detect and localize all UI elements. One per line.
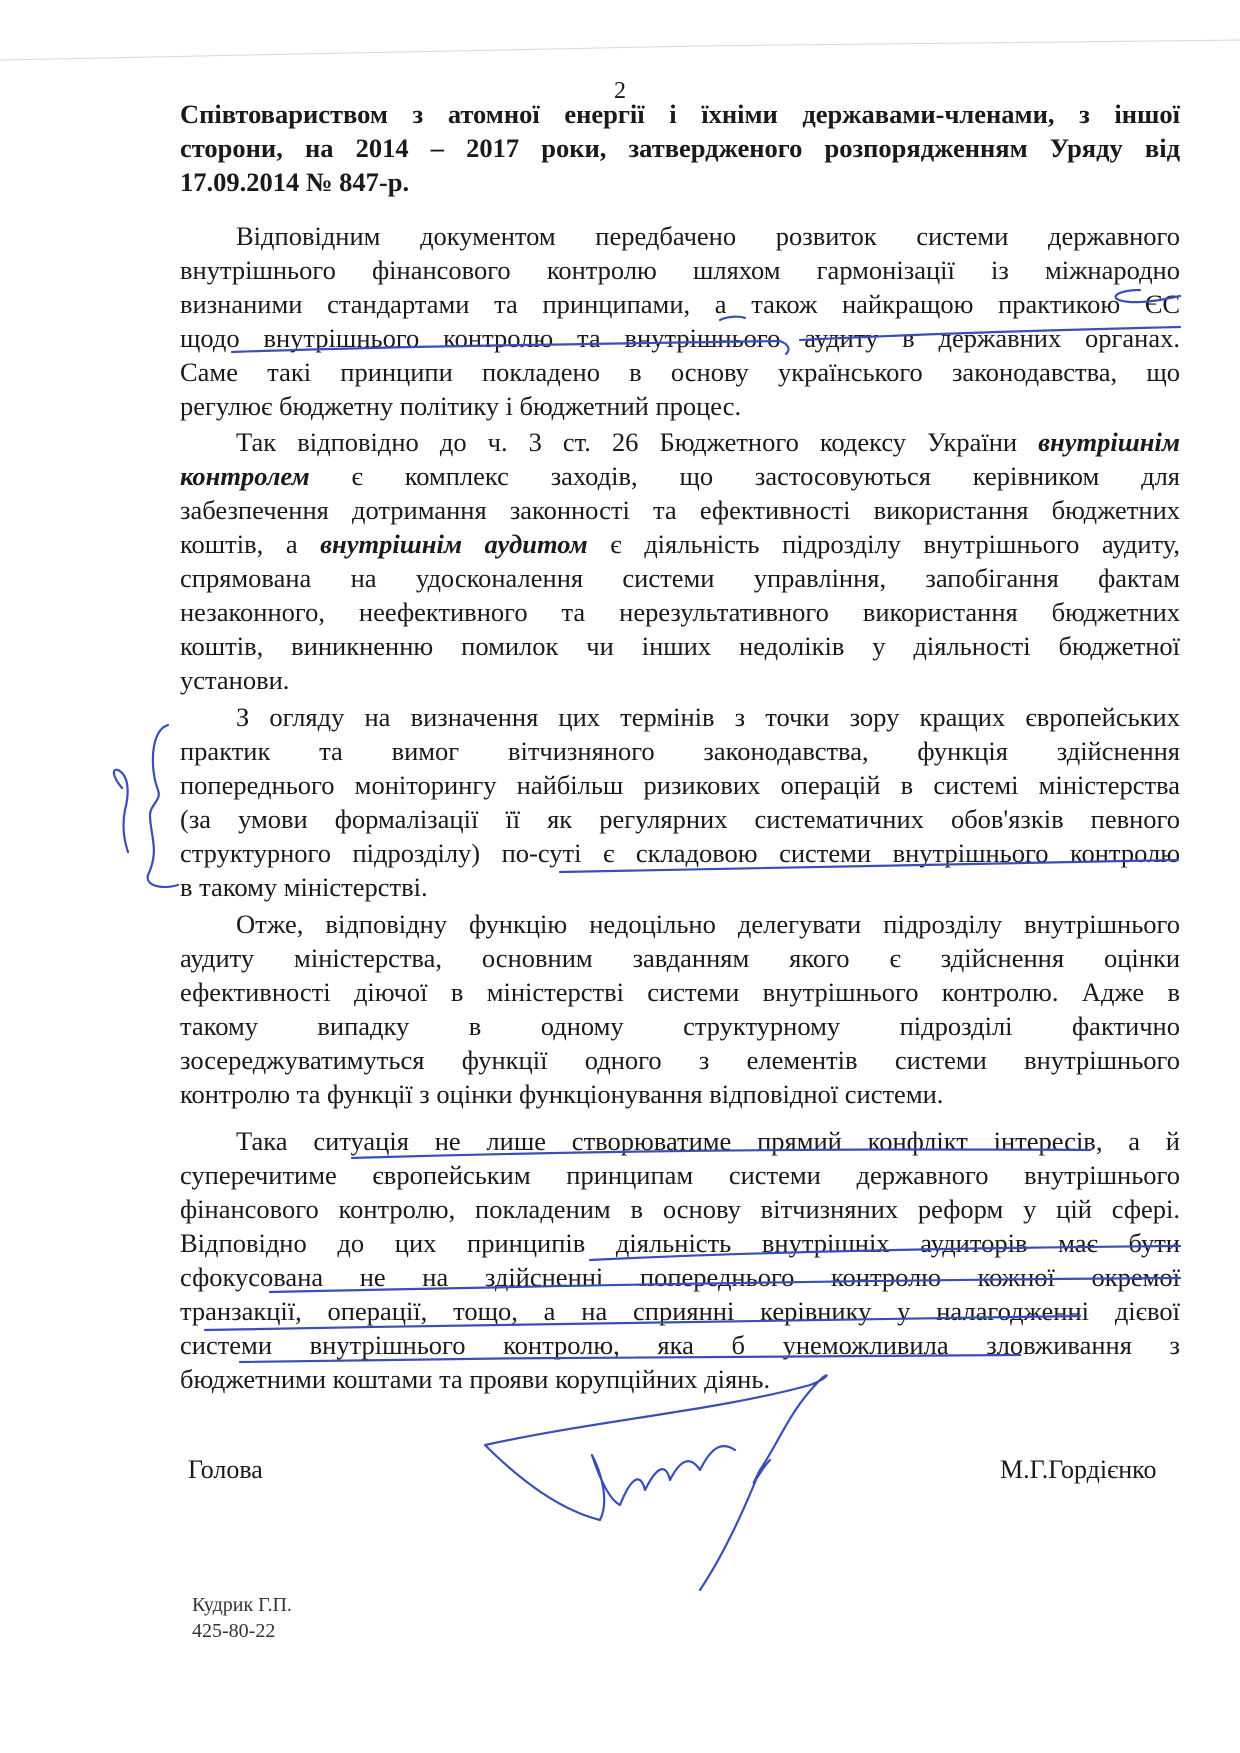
executor-phone: 425-80-22 bbox=[192, 1618, 275, 1644]
intro-line-3: 17.09.2014 № 847-р. bbox=[180, 165, 1180, 199]
para3-line-4: (за умови формалізації її як регулярних … bbox=[180, 802, 1180, 836]
para2-line-4: коштів, а внутрішнім аудитом є діяльніст… bbox=[180, 527, 1180, 561]
para2-text: є діяльність підрозділу внутрішнього ауд… bbox=[588, 529, 1180, 559]
term-internal-control: внутрішнім bbox=[1038, 427, 1180, 457]
signatory-name: М.Г.Гордієнко bbox=[1000, 1455, 1156, 1485]
para5-line-7: системи внутрішнього контролю, яка б уне… bbox=[180, 1328, 1180, 1362]
para3-line-3: попереднього моніторингу найбільш ризико… bbox=[180, 768, 1180, 802]
para4-line-5: зосереджуватимуться функції одного з еле… bbox=[180, 1043, 1180, 1077]
para2-line-1: Так відповідно до ч. 3 ст. 26 Бюджетного… bbox=[236, 425, 1180, 459]
para2-line-5: спрямована на удосконалення системи упра… bbox=[180, 561, 1180, 595]
para2-line-2: контролем є комплекс заходів, що застосо… bbox=[180, 459, 1180, 493]
para5-line-1: Така ситуація не лише створюватиме прями… bbox=[236, 1124, 1180, 1158]
scan-artifact-line bbox=[0, 32, 1240, 62]
para2-line-3: забезпечення дотримання законності та еф… bbox=[180, 493, 1180, 527]
para1-line-4: щодо внутрішнього контролю та внутрішньо… bbox=[180, 321, 1180, 355]
para3-line-2: практик та вимог вітчизняного законодавс… bbox=[180, 734, 1180, 768]
para1-line-1: Відповідним документом передбачено розви… bbox=[236, 219, 1180, 253]
para5-line-5: сфокусована не на здійсненні попередньог… bbox=[180, 1260, 1180, 1294]
intro-line-2: сторони, на 2014 – 2017 роки, затверджен… bbox=[180, 131, 1180, 165]
para2-text: є комплекс заходів, що застосовуються ке… bbox=[310, 461, 1180, 491]
para2-line-7: коштів, виникненню помилок чи інших недо… bbox=[180, 629, 1180, 663]
para2-text: Так відповідно до ч. 3 ст. 26 Бюджетного… bbox=[236, 427, 1038, 457]
term-internal-audit: внутрішнім аудитом bbox=[320, 529, 588, 559]
para1-line-5: Саме такі принципи покладено в основу ук… bbox=[180, 355, 1180, 389]
bracket-icon bbox=[148, 725, 178, 887]
para5-line-8: бюджетними коштами та прояви корупційних… bbox=[180, 1362, 1180, 1396]
intro-line-1: Співтовариством з атомної енергії і їхні… bbox=[180, 97, 1180, 131]
question-mark-icon bbox=[114, 770, 128, 852]
para3-line-6: в такому міністерстві. bbox=[180, 870, 1180, 904]
signatory-title: Голова bbox=[188, 1455, 263, 1485]
para1-line-6: регулює бюджетну політику і бюджетний пр… bbox=[180, 389, 1180, 423]
para5-line-3: фінансового контролю, покладеним в основ… bbox=[180, 1192, 1180, 1226]
para4-line-2: аудиту міністерства, основним завданням … bbox=[180, 941, 1180, 975]
para2-line-8: установи. bbox=[180, 663, 1180, 697]
para3-line-1: З огляду на визначення цих термінів з то… bbox=[236, 700, 1180, 734]
para4-line-3: ефективності діючої в міністерстві систе… bbox=[180, 975, 1180, 1009]
para4-line-6: контролю та функції з оцінки функціонува… bbox=[180, 1077, 1180, 1111]
executor-name: Кудрик Г.П. bbox=[192, 1592, 292, 1618]
term-internal-control-cont: контролем bbox=[180, 461, 310, 491]
para1-line-3: визнаними стандартами та принципами, а т… bbox=[180, 287, 1180, 321]
para3-line-5: структурного підрозділу) по-суті є склад… bbox=[180, 836, 1180, 870]
para2-line-6: незаконного, неефективного та нерезульта… bbox=[180, 595, 1180, 629]
signature-icon bbox=[485, 1375, 827, 1590]
para4-line-4: такому випадку в одному структурному під… bbox=[180, 1009, 1180, 1043]
para2-text: коштів, а bbox=[180, 529, 320, 559]
para5-line-2: суперечитиме європейським принципам сист… bbox=[180, 1158, 1180, 1192]
para1-line-2: внутрішнього фінансового контролю шляхом… bbox=[180, 253, 1180, 287]
para5-line-6: транзакції, операції, тощо, а на сприянн… bbox=[180, 1294, 1180, 1328]
para4-line-1: Отже, відповідну функцію недоцільно деле… bbox=[236, 907, 1180, 941]
para5-line-4: Відповідно до цих принципів діяльність в… bbox=[180, 1226, 1180, 1260]
